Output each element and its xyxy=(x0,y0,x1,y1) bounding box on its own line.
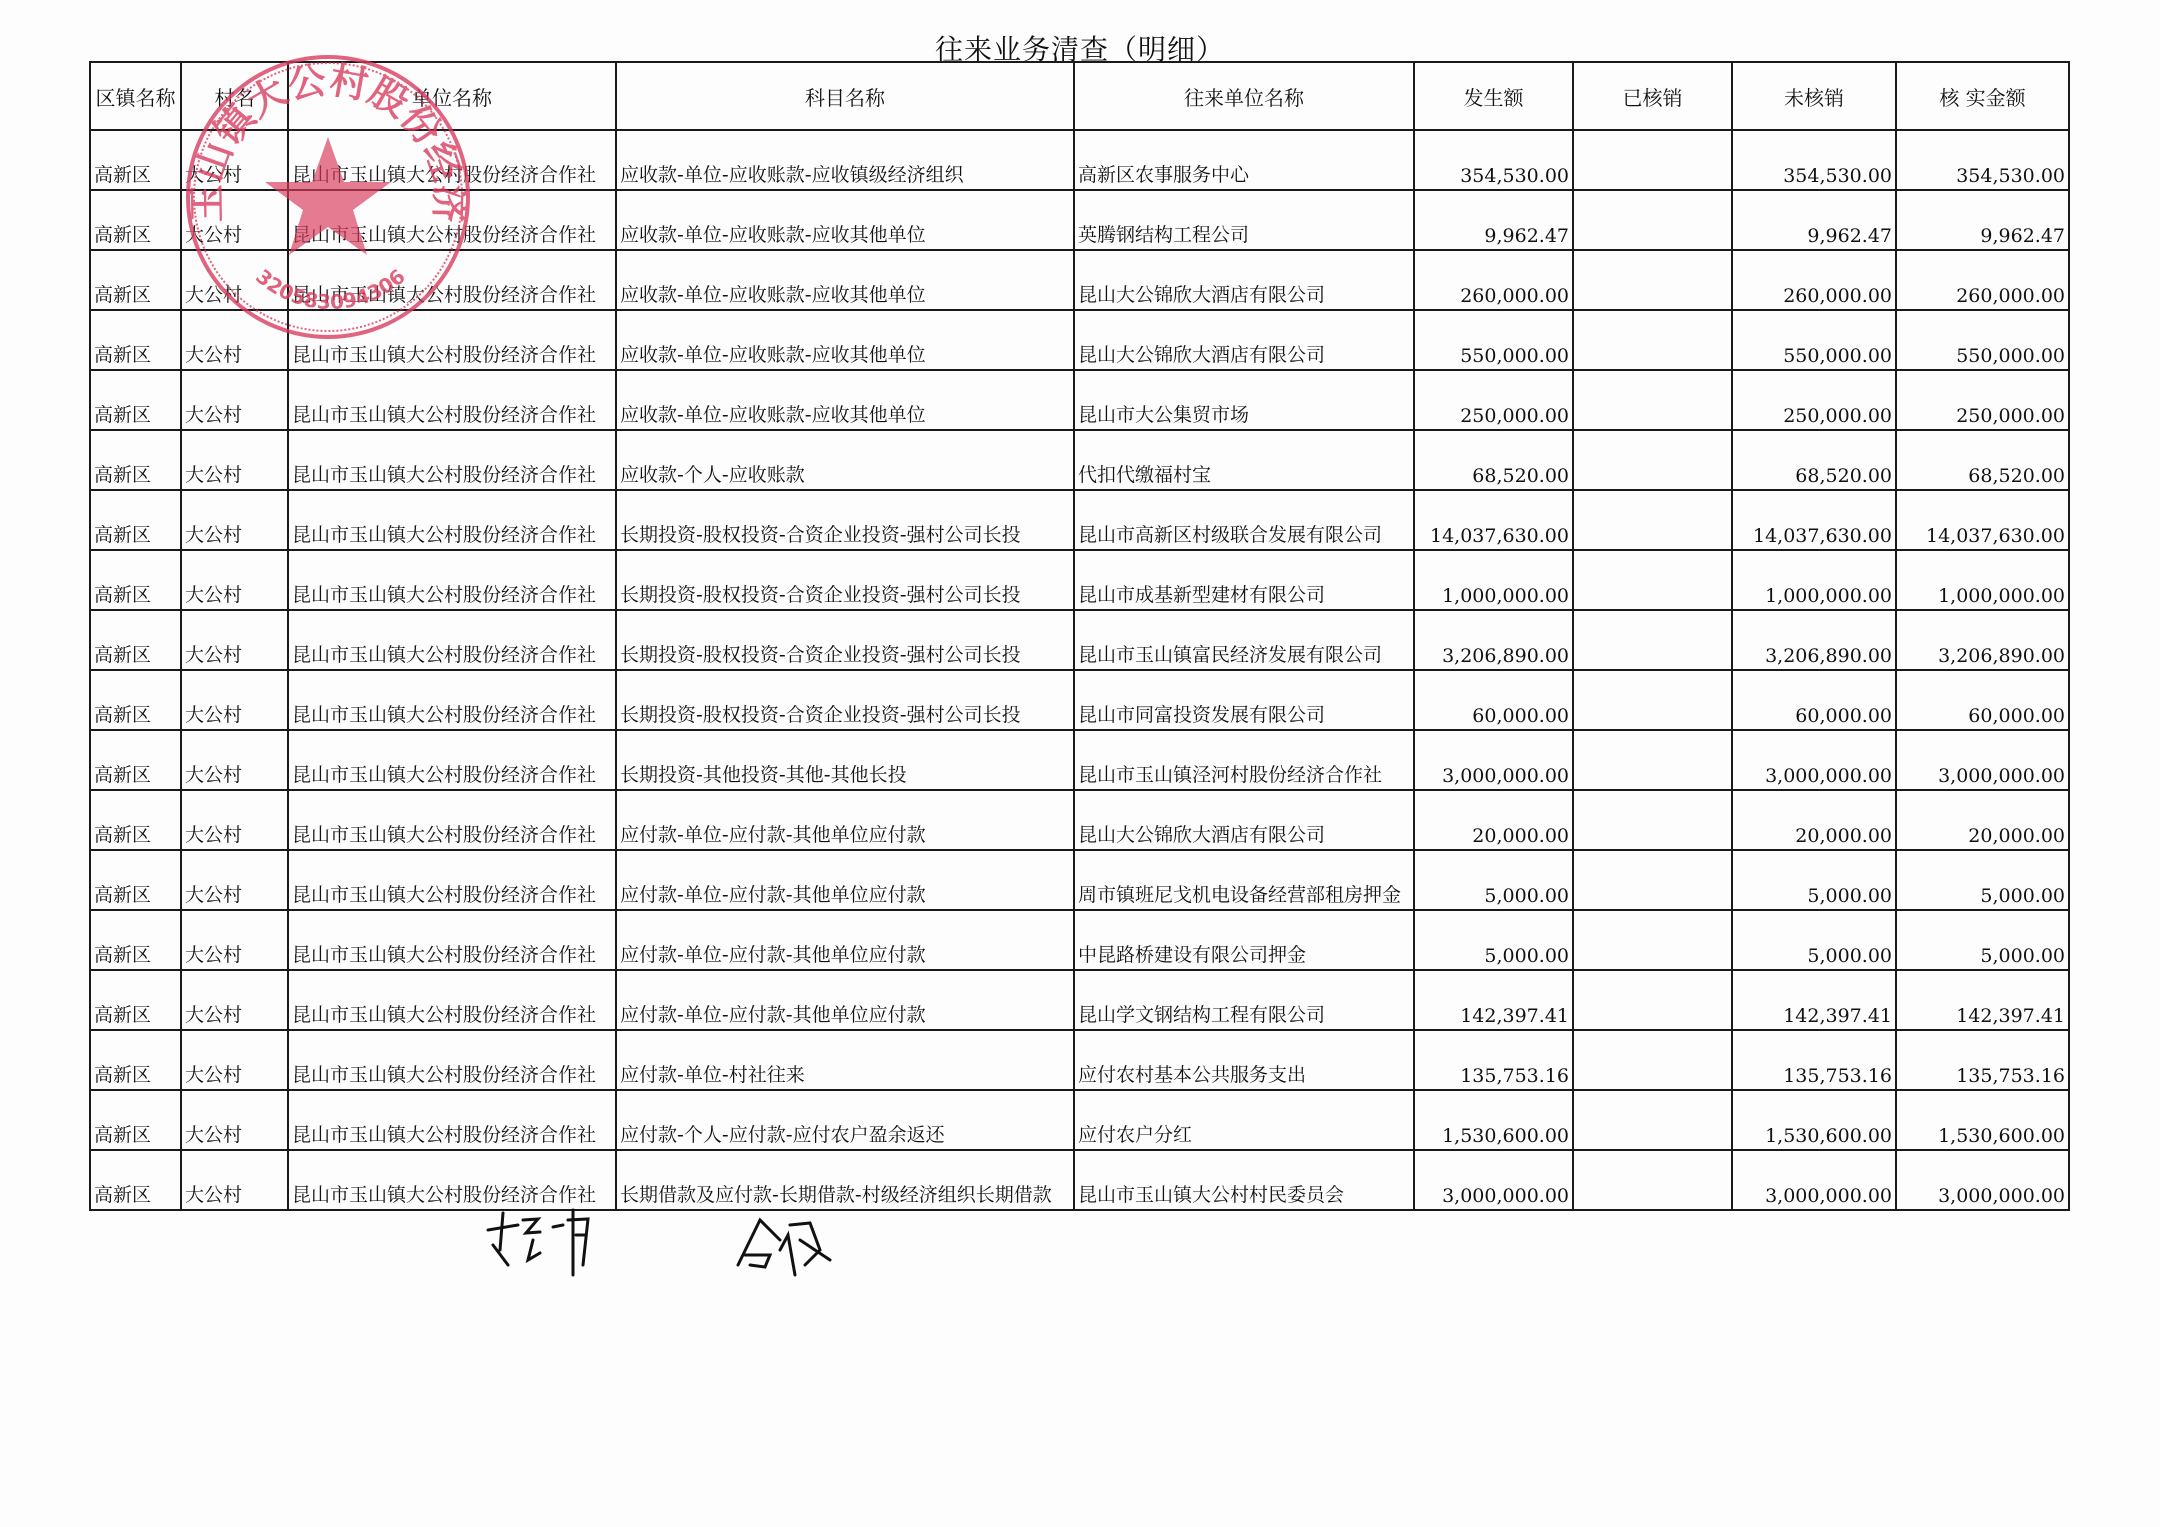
cell-village: 大公村 xyxy=(181,370,288,430)
table-row: 高新区大公村昆山市玉山镇大公村股份经济合作社应付款-个人-应付款-应付农户盈余返… xyxy=(90,1090,2069,1150)
cell-village: 大公村 xyxy=(181,490,288,550)
table-row: 高新区大公村昆山市玉山镇大公村股份经济合作社应收款-单位-应收账款-应收其他单位… xyxy=(90,310,2069,370)
cell-verified-amount: 1,000,000.00 xyxy=(1896,550,2069,610)
cell-counterparty: 应付农村基本公共服务支出 xyxy=(1074,1030,1414,1090)
cell-written-off xyxy=(1573,130,1732,190)
cell-not-written-off: 3,000,000.00 xyxy=(1732,730,1896,790)
cell-verified-amount: 135,753.16 xyxy=(1896,1030,2069,1090)
cell-counterparty: 昆山市同富投资发展有限公司 xyxy=(1074,670,1414,730)
cell-not-written-off: 3,000,000.00 xyxy=(1732,1150,1896,1210)
table-row: 高新区大公村昆山市玉山镇大公村股份经济合作社应收款-单位-应收账款-应收其他单位… xyxy=(90,190,2069,250)
cell-subject-name: 应收款-单位-应收账款-应收其他单位 xyxy=(616,370,1074,430)
cell-village: 大公村 xyxy=(181,250,288,310)
cell-subject-name: 应付款-单位-应付款-其他单位应付款 xyxy=(616,970,1074,1030)
cell-subject-name: 应付款-单位-应付款-其他单位应付款 xyxy=(616,850,1074,910)
cell-counterparty: 昆山市大公集贸市场 xyxy=(1074,370,1414,430)
cell-village: 大公村 xyxy=(181,1090,288,1150)
cell-written-off xyxy=(1573,430,1732,490)
cell-amount-incurred: 5,000.00 xyxy=(1414,850,1573,910)
cell-not-written-off: 1,000,000.00 xyxy=(1732,550,1896,610)
cell-subject-name: 应收款-单位-应收账款-应收镇级经济组织 xyxy=(616,130,1074,190)
cell-counterparty: 昆山学文钢结构工程有限公司 xyxy=(1074,970,1414,1030)
cell-counterparty: 昆山市玉山镇富民经济发展有限公司 xyxy=(1074,610,1414,670)
signature-2 xyxy=(730,1205,840,1285)
cell-not-written-off: 135,753.16 xyxy=(1732,1030,1896,1090)
cell-amount-incurred: 60,000.00 xyxy=(1414,670,1573,730)
cell-not-written-off: 14,037,630.00 xyxy=(1732,490,1896,550)
reconciliation-table: 区镇名称 村名 单位名称 科目名称 往来单位名称 发生额 已核销 未核销 核 实… xyxy=(89,61,2070,1211)
cell-village: 大公村 xyxy=(181,610,288,670)
table-row: 高新区大公村昆山市玉山镇大公村股份经济合作社应付款-单位-应付款-其他单位应付款… xyxy=(90,850,2069,910)
cell-verified-amount: 260,000.00 xyxy=(1896,250,2069,310)
cell-not-written-off: 68,520.00 xyxy=(1732,430,1896,490)
cell-unit-name: 昆山市玉山镇大公村股份经济合作社 xyxy=(288,1090,616,1150)
cell-subject-name: 长期借款及应付款-长期借款-村级经济组织长期借款 xyxy=(616,1150,1074,1210)
cell-subject-name: 应付款-单位-应付款-其他单位应付款 xyxy=(616,910,1074,970)
cell-written-off xyxy=(1573,910,1732,970)
cell-district: 高新区 xyxy=(90,670,181,730)
cell-unit-name: 昆山市玉山镇大公村股份经济合作社 xyxy=(288,130,616,190)
cell-counterparty: 昆山市玉山镇大公村村民委员会 xyxy=(1074,1150,1414,1210)
cell-counterparty: 中昆路桥建设有限公司押金 xyxy=(1074,910,1414,970)
table-row: 高新区大公村昆山市玉山镇大公村股份经济合作社应付款-单位-应付款-其他单位应付款… xyxy=(90,970,2069,1030)
table-header-row: 区镇名称 村名 单位名称 科目名称 往来单位名称 发生额 已核销 未核销 核 实… xyxy=(90,62,2069,130)
cell-subject-name: 长期投资-股权投资-合资企业投资-强村公司长投 xyxy=(616,610,1074,670)
cell-verified-amount: 5,000.00 xyxy=(1896,850,2069,910)
cell-amount-incurred: 354,530.00 xyxy=(1414,130,1573,190)
cell-village: 大公村 xyxy=(181,970,288,1030)
cell-district: 高新区 xyxy=(90,970,181,1030)
cell-village: 大公村 xyxy=(181,910,288,970)
cell-counterparty: 昆山大公锦欣大酒店有限公司 xyxy=(1074,250,1414,310)
cell-district: 高新区 xyxy=(90,370,181,430)
cell-village: 大公村 xyxy=(181,790,288,850)
cell-subject-name: 应付款-单位-村社往来 xyxy=(616,1030,1074,1090)
header-district: 区镇名称 xyxy=(90,62,181,130)
cell-amount-incurred: 3,000,000.00 xyxy=(1414,1150,1573,1210)
cell-counterparty: 高新区农事服务中心 xyxy=(1074,130,1414,190)
header-counterparty: 往来单位名称 xyxy=(1074,62,1414,130)
cell-village: 大公村 xyxy=(181,550,288,610)
cell-written-off xyxy=(1573,730,1732,790)
cell-unit-name: 昆山市玉山镇大公村股份经济合作社 xyxy=(288,430,616,490)
cell-district: 高新区 xyxy=(90,1150,181,1210)
cell-verified-amount: 250,000.00 xyxy=(1896,370,2069,430)
table-row: 高新区大公村昆山市玉山镇大公村股份经济合作社长期投资-股权投资-合资企业投资-强… xyxy=(90,490,2069,550)
cell-amount-incurred: 3,206,890.00 xyxy=(1414,610,1573,670)
cell-village: 大公村 xyxy=(181,430,288,490)
cell-amount-incurred: 5,000.00 xyxy=(1414,910,1573,970)
header-not-written-off: 未核销 xyxy=(1732,62,1896,130)
cell-district: 高新区 xyxy=(90,910,181,970)
header-village: 村名 xyxy=(181,62,288,130)
cell-written-off xyxy=(1573,1090,1732,1150)
cell-district: 高新区 xyxy=(90,250,181,310)
cell-verified-amount: 354,530.00 xyxy=(1896,130,2069,190)
signature-1 xyxy=(478,1205,608,1285)
header-unit-name: 单位名称 xyxy=(288,62,616,130)
cell-village: 大公村 xyxy=(181,730,288,790)
table-row: 高新区大公村昆山市玉山镇大公村股份经济合作社长期投资-其他投资-其他-其他长投昆… xyxy=(90,730,2069,790)
cell-verified-amount: 9,962.47 xyxy=(1896,190,2069,250)
table-row: 高新区大公村昆山市玉山镇大公村股份经济合作社应收款-单位-应收账款-应收其他单位… xyxy=(90,250,2069,310)
cell-verified-amount: 60,000.00 xyxy=(1896,670,2069,730)
cell-unit-name: 昆山市玉山镇大公村股份经济合作社 xyxy=(288,970,616,1030)
cell-written-off xyxy=(1573,490,1732,550)
cell-not-written-off: 260,000.00 xyxy=(1732,250,1896,310)
cell-amount-incurred: 3,000,000.00 xyxy=(1414,730,1573,790)
cell-subject-name: 长期投资-其他投资-其他-其他长投 xyxy=(616,730,1074,790)
cell-unit-name: 昆山市玉山镇大公村股份经济合作社 xyxy=(288,250,616,310)
table-row: 高新区大公村昆山市玉山镇大公村股份经济合作社应收款-单位-应收账款-应收镇级经济… xyxy=(90,130,2069,190)
cell-amount-incurred: 250,000.00 xyxy=(1414,370,1573,430)
cell-verified-amount: 1,530,600.00 xyxy=(1896,1090,2069,1150)
cell-amount-incurred: 14,037,630.00 xyxy=(1414,490,1573,550)
cell-counterparty: 周市镇班尼戈机电设备经营部租房押金 xyxy=(1074,850,1414,910)
cell-not-written-off: 5,000.00 xyxy=(1732,850,1896,910)
cell-subject-name: 应付款-个人-应付款-应付农户盈余返还 xyxy=(616,1090,1074,1150)
cell-verified-amount: 14,037,630.00 xyxy=(1896,490,2069,550)
cell-written-off xyxy=(1573,1150,1732,1210)
cell-unit-name: 昆山市玉山镇大公村股份经济合作社 xyxy=(288,850,616,910)
cell-district: 高新区 xyxy=(90,490,181,550)
cell-unit-name: 昆山市玉山镇大公村股份经济合作社 xyxy=(288,1030,616,1090)
cell-not-written-off: 9,962.47 xyxy=(1732,190,1896,250)
cell-amount-incurred: 20,000.00 xyxy=(1414,790,1573,850)
cell-counterparty: 昆山市玉山镇泾河村股份经济合作社 xyxy=(1074,730,1414,790)
cell-subject-name: 长期投资-股权投资-合资企业投资-强村公司长投 xyxy=(616,490,1074,550)
cell-verified-amount: 5,000.00 xyxy=(1896,910,2069,970)
cell-district: 高新区 xyxy=(90,610,181,670)
table-row: 高新区大公村昆山市玉山镇大公村股份经济合作社应收款-个人-应收账款代扣代缴福村宝… xyxy=(90,430,2069,490)
cell-district: 高新区 xyxy=(90,1090,181,1150)
cell-village: 大公村 xyxy=(181,130,288,190)
cell-subject-name: 应付款-单位-应付款-其他单位应付款 xyxy=(616,790,1074,850)
cell-district: 高新区 xyxy=(90,730,181,790)
table-row: 高新区大公村昆山市玉山镇大公村股份经济合作社长期投资-股权投资-合资企业投资-强… xyxy=(90,670,2069,730)
cell-not-written-off: 3,206,890.00 xyxy=(1732,610,1896,670)
table-row: 高新区大公村昆山市玉山镇大公村股份经济合作社长期投资-股权投资-合资企业投资-强… xyxy=(90,610,2069,670)
header-verified-amount: 核 实金额 xyxy=(1896,62,2069,130)
cell-verified-amount: 3,206,890.00 xyxy=(1896,610,2069,670)
cell-written-off xyxy=(1573,1030,1732,1090)
cell-counterparty: 昆山市成基新型建材有限公司 xyxy=(1074,550,1414,610)
cell-village: 大公村 xyxy=(181,310,288,370)
cell-counterparty: 应付农户分红 xyxy=(1074,1090,1414,1150)
cell-counterparty: 昆山市高新区村级联合发展有限公司 xyxy=(1074,490,1414,550)
cell-not-written-off: 354,530.00 xyxy=(1732,130,1896,190)
cell-subject-name: 应收款-单位-应收账款-应收其他单位 xyxy=(616,310,1074,370)
cell-counterparty: 昆山大公锦欣大酒店有限公司 xyxy=(1074,790,1414,850)
cell-not-written-off: 60,000.00 xyxy=(1732,670,1896,730)
cell-subject-name: 应收款-个人-应收账款 xyxy=(616,430,1074,490)
cell-district: 高新区 xyxy=(90,1030,181,1090)
cell-district: 高新区 xyxy=(90,790,181,850)
cell-district: 高新区 xyxy=(90,550,181,610)
cell-amount-incurred: 1,000,000.00 xyxy=(1414,550,1573,610)
cell-unit-name: 昆山市玉山镇大公村股份经济合作社 xyxy=(288,670,616,730)
cell-written-off xyxy=(1573,310,1732,370)
cell-subject-name: 长期投资-股权投资-合资企业投资-强村公司长投 xyxy=(616,550,1074,610)
cell-unit-name: 昆山市玉山镇大公村股份经济合作社 xyxy=(288,790,616,850)
cell-unit-name: 昆山市玉山镇大公村股份经济合作社 xyxy=(288,730,616,790)
header-subject-name: 科目名称 xyxy=(616,62,1074,130)
table-row: 高新区大公村昆山市玉山镇大公村股份经济合作社应收款-单位-应收账款-应收其他单位… xyxy=(90,370,2069,430)
cell-written-off xyxy=(1573,190,1732,250)
cell-written-off xyxy=(1573,790,1732,850)
cell-unit-name: 昆山市玉山镇大公村股份经济合作社 xyxy=(288,190,616,250)
cell-not-written-off: 250,000.00 xyxy=(1732,370,1896,430)
cell-verified-amount: 3,000,000.00 xyxy=(1896,730,2069,790)
cell-unit-name: 昆山市玉山镇大公村股份经济合作社 xyxy=(288,910,616,970)
cell-written-off xyxy=(1573,970,1732,1030)
cell-counterparty: 英腾钢结构工程公司 xyxy=(1074,190,1414,250)
cell-village: 大公村 xyxy=(181,850,288,910)
cell-village: 大公村 xyxy=(181,670,288,730)
cell-not-written-off: 20,000.00 xyxy=(1732,790,1896,850)
cell-village: 大公村 xyxy=(181,190,288,250)
cell-amount-incurred: 68,520.00 xyxy=(1414,430,1573,490)
header-written-off: 已核销 xyxy=(1573,62,1732,130)
cell-verified-amount: 68,520.00 xyxy=(1896,430,2069,490)
cell-verified-amount: 3,000,000.00 xyxy=(1896,1150,2069,1210)
cell-not-written-off: 550,000.00 xyxy=(1732,310,1896,370)
cell-unit-name: 昆山市玉山镇大公村股份经济合作社 xyxy=(288,550,616,610)
cell-unit-name: 昆山市玉山镇大公村股份经济合作社 xyxy=(288,1150,616,1210)
cell-district: 高新区 xyxy=(90,430,181,490)
cell-subject-name: 长期投资-股权投资-合资企业投资-强村公司长投 xyxy=(616,670,1074,730)
cell-counterparty: 昆山大公锦欣大酒店有限公司 xyxy=(1074,310,1414,370)
cell-district: 高新区 xyxy=(90,130,181,190)
cell-verified-amount: 550,000.00 xyxy=(1896,310,2069,370)
cell-amount-incurred: 142,397.41 xyxy=(1414,970,1573,1030)
cell-district: 高新区 xyxy=(90,310,181,370)
cell-subject-name: 应收款-单位-应收账款-应收其他单位 xyxy=(616,250,1074,310)
cell-amount-incurred: 550,000.00 xyxy=(1414,310,1573,370)
table-row: 高新区大公村昆山市玉山镇大公村股份经济合作社应付款-单位-村社往来应付农村基本公… xyxy=(90,1030,2069,1090)
cell-verified-amount: 142,397.41 xyxy=(1896,970,2069,1030)
table-row: 高新区大公村昆山市玉山镇大公村股份经济合作社长期投资-股权投资-合资企业投资-强… xyxy=(90,550,2069,610)
cell-subject-name: 应收款-单位-应收账款-应收其他单位 xyxy=(616,190,1074,250)
cell-unit-name: 昆山市玉山镇大公村股份经济合作社 xyxy=(288,370,616,430)
cell-district: 高新区 xyxy=(90,190,181,250)
cell-written-off xyxy=(1573,610,1732,670)
cell-counterparty: 代扣代缴福村宝 xyxy=(1074,430,1414,490)
cell-unit-name: 昆山市玉山镇大公村股份经济合作社 xyxy=(288,490,616,550)
cell-amount-incurred: 135,753.16 xyxy=(1414,1030,1573,1090)
header-amount-incurred: 发生额 xyxy=(1414,62,1573,130)
cell-unit-name: 昆山市玉山镇大公村股份经济合作社 xyxy=(288,310,616,370)
cell-not-written-off: 1,530,600.00 xyxy=(1732,1090,1896,1150)
cell-written-off xyxy=(1573,250,1732,310)
table-row: 高新区大公村昆山市玉山镇大公村股份经济合作社应付款-单位-应付款-其他单位应付款… xyxy=(90,910,2069,970)
cell-amount-incurred: 1,530,600.00 xyxy=(1414,1090,1573,1150)
cell-district: 高新区 xyxy=(90,850,181,910)
cell-not-written-off: 5,000.00 xyxy=(1732,910,1896,970)
cell-written-off xyxy=(1573,550,1732,610)
cell-written-off xyxy=(1573,370,1732,430)
cell-verified-amount: 20,000.00 xyxy=(1896,790,2069,850)
cell-unit-name: 昆山市玉山镇大公村股份经济合作社 xyxy=(288,610,616,670)
cell-amount-incurred: 9,962.47 xyxy=(1414,190,1573,250)
cell-amount-incurred: 260,000.00 xyxy=(1414,250,1573,310)
cell-village: 大公村 xyxy=(181,1150,288,1210)
cell-village: 大公村 xyxy=(181,1030,288,1090)
cell-not-written-off: 142,397.41 xyxy=(1732,970,1896,1030)
table-row: 高新区大公村昆山市玉山镇大公村股份经济合作社长期借款及应付款-长期借款-村级经济… xyxy=(90,1150,2069,1210)
table-row: 高新区大公村昆山市玉山镇大公村股份经济合作社应付款-单位-应付款-其他单位应付款… xyxy=(90,790,2069,850)
cell-written-off xyxy=(1573,850,1732,910)
cell-written-off xyxy=(1573,670,1732,730)
